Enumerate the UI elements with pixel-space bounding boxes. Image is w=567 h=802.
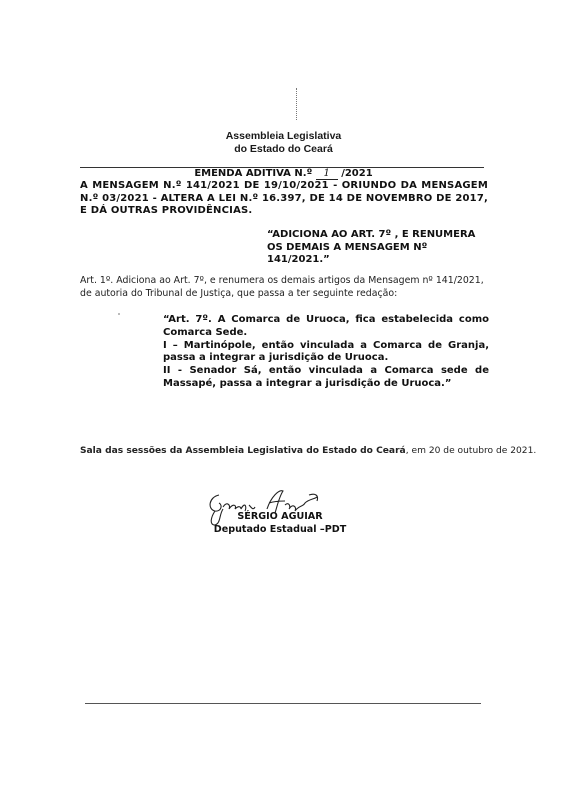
org-name-line1: Assembleia Legislativa (0, 130, 567, 143)
quote-line: II - Senador Sá, então vinculada a Comar… (163, 365, 489, 391)
scan-artifact-mark (296, 88, 298, 120)
amendment-number: 1 (316, 169, 338, 180)
closing-place: Sala das sessões da Assembleia Legislati… (80, 446, 406, 456)
amendment-title: EMENDA ADITIVA N.º 1 /2021 (0, 168, 567, 180)
closing-line: Sala das sessões da Assembleia Legislati… (80, 445, 500, 457)
organization-header: Assembleia Legislativa do Estado do Cear… (0, 130, 567, 156)
quote-line: “Art. 7º. A Comarca de Uruoca, fica esta… (163, 314, 489, 340)
amendment-suffix: /2021 (341, 168, 372, 179)
article-1: Art. 1º. Adiciona ao Art. 7º, e renumera… (80, 275, 492, 300)
closing-date: , em 20 de outubro de 2021. (406, 446, 537, 456)
amendment-prefix: EMENDA ADITIVA N.º (194, 168, 312, 179)
signer-name: SÉRGIO AGUIAR (200, 511, 360, 524)
bottom-divider (85, 703, 481, 704)
signer-block: SÉRGIO AGUIAR Deputado Estadual –PDT (200, 511, 360, 536)
signer-title: Deputado Estadual –PDT (200, 524, 360, 537)
scan-speck (118, 313, 120, 315)
quote-line: I – Martinópole, então vinculada a Comar… (163, 340, 489, 366)
org-name-line2: do Estado do Ceará (0, 143, 567, 156)
quoted-article: “Art. 7º. A Comarca de Uruoca, fica esta… (163, 314, 489, 391)
ementa-secondary: “ADICIONA AO ART. 7º , E RENUMERA OS DEM… (267, 229, 492, 267)
ementa-text: A MENSAGEM N.º 141/2021 DE 19/10/2021 - … (80, 180, 488, 218)
